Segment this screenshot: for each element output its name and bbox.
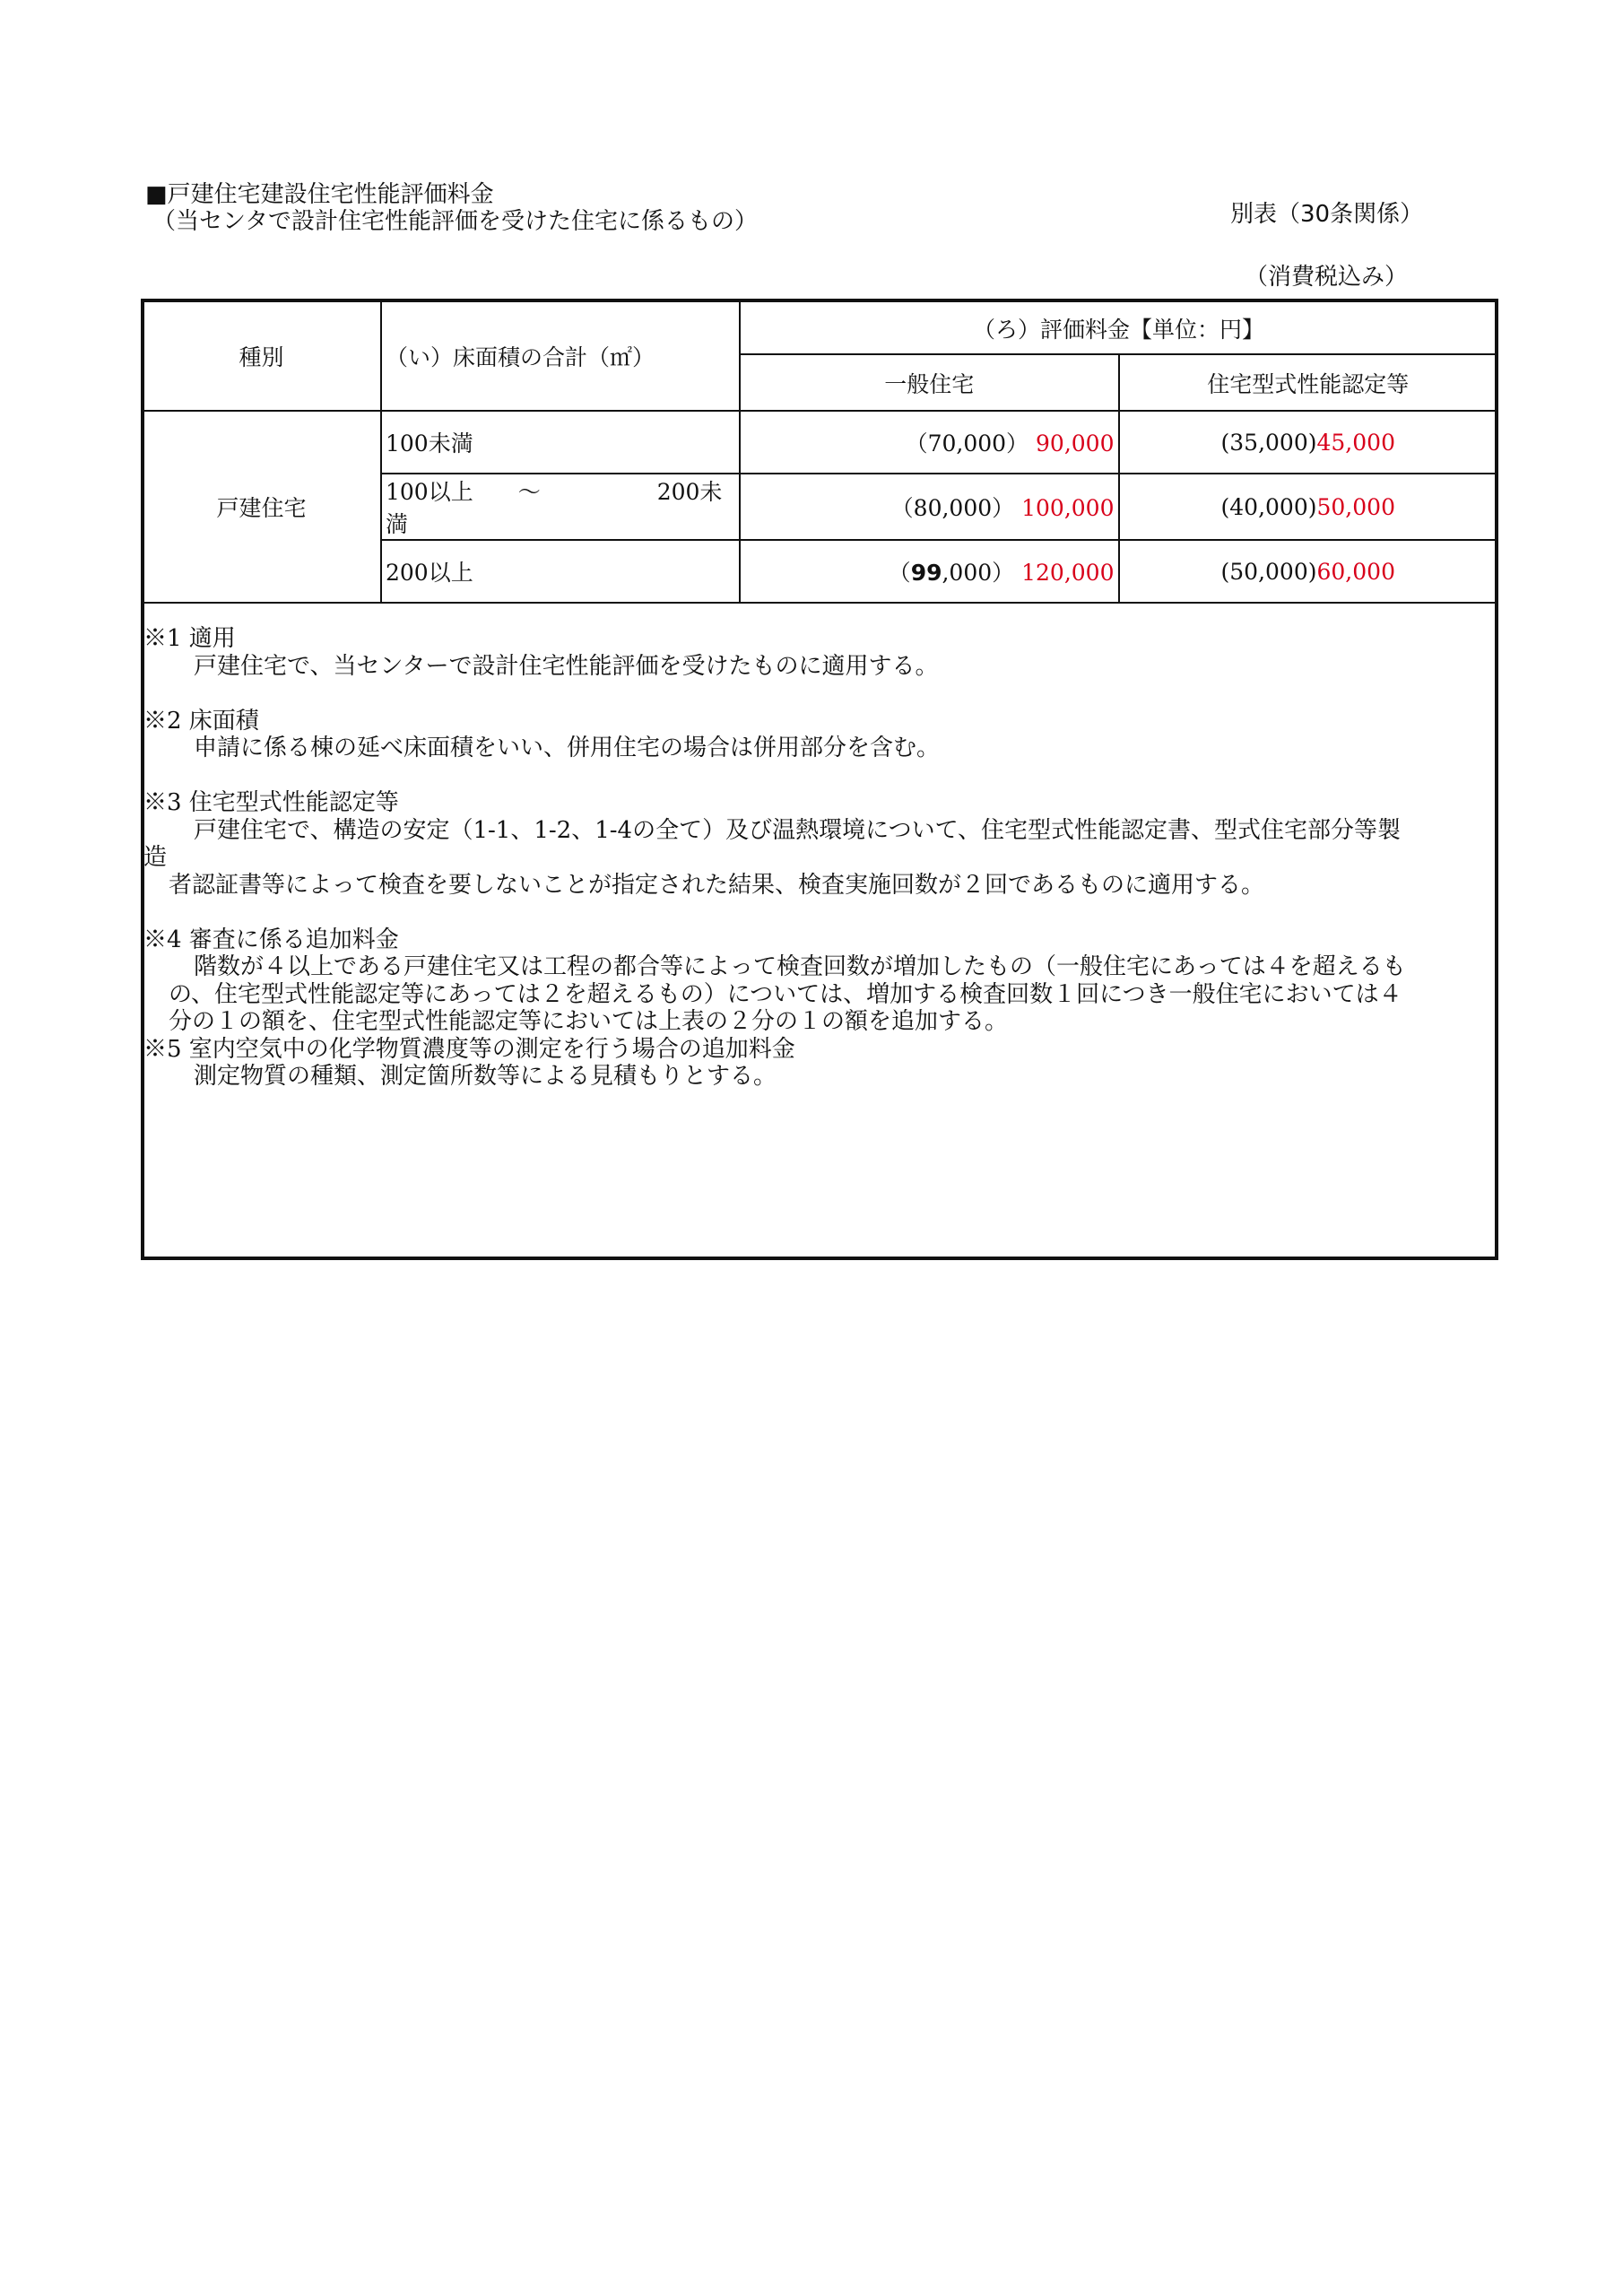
note-text: 分の１の額を、住宅型式性能認定等においては上表の２分の１の額を追加する。 [143,1008,1406,1036]
fee-table: 種別 （い）床面積の合計（㎡） （ろ）評価料金【単位：円】 一般住宅 住宅型式性… [141,299,1498,604]
annex-label: 別表（30条関係） [1230,196,1423,229]
old-price: （70,000） [906,430,1028,457]
area-cell: 100未満 [381,411,740,474]
note-heading: ※5 室内空気中の化学物質濃度等の測定を行う場合の追加料金 [143,1036,1406,1064]
note-heading: ※4 審査に係る追加料金 [143,926,1406,954]
note-heading: ※3 住宅型式性能認定等 [143,789,1406,817]
area-cell: 200以上 [381,540,740,603]
general-fee-cell: （99,000） 120,000 [740,540,1119,603]
type-cell: 戸建住宅 [142,411,381,603]
note-text: 造 [143,844,1406,872]
notes-section: ※1 適用 戸建住宅で、当センターで設計住宅性能評価を受けたものに適用する。 ※… [143,625,1406,1091]
general-fee-cell: （80,000） 100,000 [740,474,1119,540]
old-price: (50,000) [1221,559,1317,585]
document-title: ■戸建住宅建設住宅性能評価料金 [145,181,494,208]
old-price: (35,000) [1221,430,1317,456]
document-subtitle: （当センタで設計住宅性能評価を受けた住宅に係るもの） [152,208,758,235]
header-fee-group: （ろ）評価料金【単位：円】 [740,300,1497,354]
new-price: 100,000 [1021,495,1114,521]
new-price: 50,000 [1317,494,1395,520]
note-text: 者認証書等によって検査を要しないことが指定された結果、検査実施回数が２回であるも… [143,872,1406,900]
note-text: 戸建住宅で、当センターで設計住宅性能評価を受けたものに適用する。 [143,653,1406,681]
old-price: (40,000) [1221,494,1317,520]
note-heading: ※2 床面積 [143,708,1406,735]
old-price: （80,000） [891,495,1014,521]
certified-fee-cell: (35,000)45,000 [1119,411,1498,474]
header-type: 種別 [142,300,381,411]
tax-note: （消費税込み） [1245,258,1408,291]
header-area: （い）床面積の合計（㎡） [381,300,740,411]
header-certified: 住宅型式性能認定等 [1119,354,1498,411]
note-text: 階数が４以上である戸建住宅又は工程の都合等によって検査回数が増加したもの（一般住… [143,953,1406,981]
area-from: 100以上 [386,479,473,505]
note-text: 申請に係る棟の延べ床面積をいい、併用住宅の場合は併用部分を含む。 [143,735,1406,762]
note-text: 戸建住宅で、構造の安定（1-1、1-2、1-4の全て）及び温熱環境について、住宅… [143,817,1406,845]
area-cell: 100以上～200未満 [381,474,740,540]
general-fee-cell: （70,000） 90,000 [740,411,1119,474]
new-price: 60,000 [1317,559,1395,585]
old-price: （99,000） [889,560,1014,586]
new-price: 45,000 [1317,430,1395,456]
area-from: 100未満 [386,430,473,457]
range-separator: ～ [473,474,586,507]
note-text: 測定物質の種類、測定箇所数等による見積もりとする。 [143,1063,1406,1091]
header-general: 一般住宅 [740,354,1119,411]
table-row: 戸建住宅 100未満 （70,000） 90,000 (35,000)45,00… [142,411,1497,474]
certified-fee-cell: (40,000)50,000 [1119,474,1498,540]
note-text: の、住宅型式性能認定等にあっては２を超えるもの）については、増加する検査回数１回… [143,981,1406,1009]
area-from: 200以上 [386,560,473,586]
new-price: 90,000 [1036,430,1114,457]
new-price: 120,000 [1021,560,1114,586]
certified-fee-cell: (50,000)60,000 [1119,540,1498,603]
note-heading: ※1 適用 [143,625,1406,653]
